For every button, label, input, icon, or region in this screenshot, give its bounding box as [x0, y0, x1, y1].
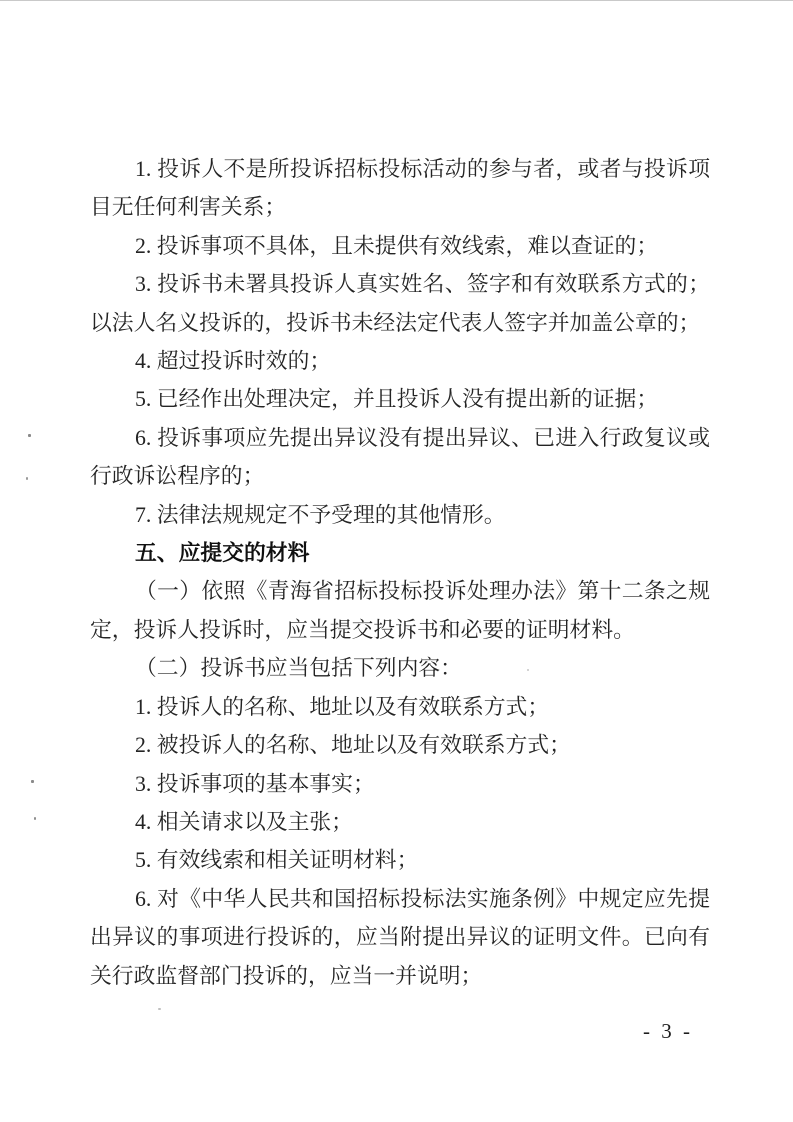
- paragraph: （二）投诉书应当包括下列内容：: [90, 649, 710, 687]
- paragraph: 2. 投诉事项不具体，且未提供有效线索，难以查证的；: [90, 227, 710, 265]
- scan-speck: [158, 1008, 161, 1010]
- paragraph: 6. 对《中华人民共和国招标投标法实施条例》中规定应先提出异议的事项进行投诉的，…: [90, 880, 710, 995]
- section-heading: 五、应提交的材料: [90, 534, 710, 572]
- scan-speck: [31, 780, 34, 783]
- paragraph: 1. 投诉人不是所投诉招标投标活动的参与者，或者与投诉项目无任何利害关系；: [90, 150, 710, 227]
- paragraph: 5. 有效线索和相关证明材料；: [90, 841, 710, 879]
- paragraph: 6. 投诉事项应先提出异议没有提出异议、已进入行政复议或行政诉讼程序的；: [90, 419, 710, 496]
- paragraph: （一）依照《青海省招标投标投诉处理办法》第十二条之规定，投诉人投诉时，应当提交投…: [90, 572, 710, 649]
- scan-speck: [527, 669, 529, 671]
- paragraph: 7. 法律法规规定不予受理的其他情形。: [90, 496, 710, 534]
- paragraph: 4. 相关请求以及主张；: [90, 803, 710, 841]
- paragraph: 2. 被投诉人的名称、地址以及有效联系方式；: [90, 726, 710, 764]
- scan-speck: [34, 817, 36, 820]
- scan-speck: [26, 477, 28, 480]
- paragraph: 5. 已经作出处理决定，并且投诉人没有提出新的证据；: [90, 380, 710, 418]
- paragraph: 4. 超过投诉时效的；: [90, 342, 710, 380]
- paragraph: 1. 投诉人的名称、地址以及有效联系方式；: [90, 688, 710, 726]
- paragraph: 3. 投诉书未署具投诉人真实姓名、签字和有效联系方式的；以法人名义投诉的，投诉书…: [90, 265, 710, 342]
- paragraph: 3. 投诉事项的基本事实；: [90, 765, 710, 803]
- scanned-document-page: 1. 投诉人不是所投诉招标投标活动的参与者，或者与投诉项目无任何利害关系；2. …: [0, 0, 793, 1122]
- scan-speck: [28, 434, 31, 437]
- page-number: - 3 -: [643, 1020, 693, 1042]
- scan-edge-line: [0, 0, 793, 1]
- document-body: 1. 投诉人不是所投诉招标投标活动的参与者，或者与投诉项目无任何利害关系；2. …: [90, 150, 710, 995]
